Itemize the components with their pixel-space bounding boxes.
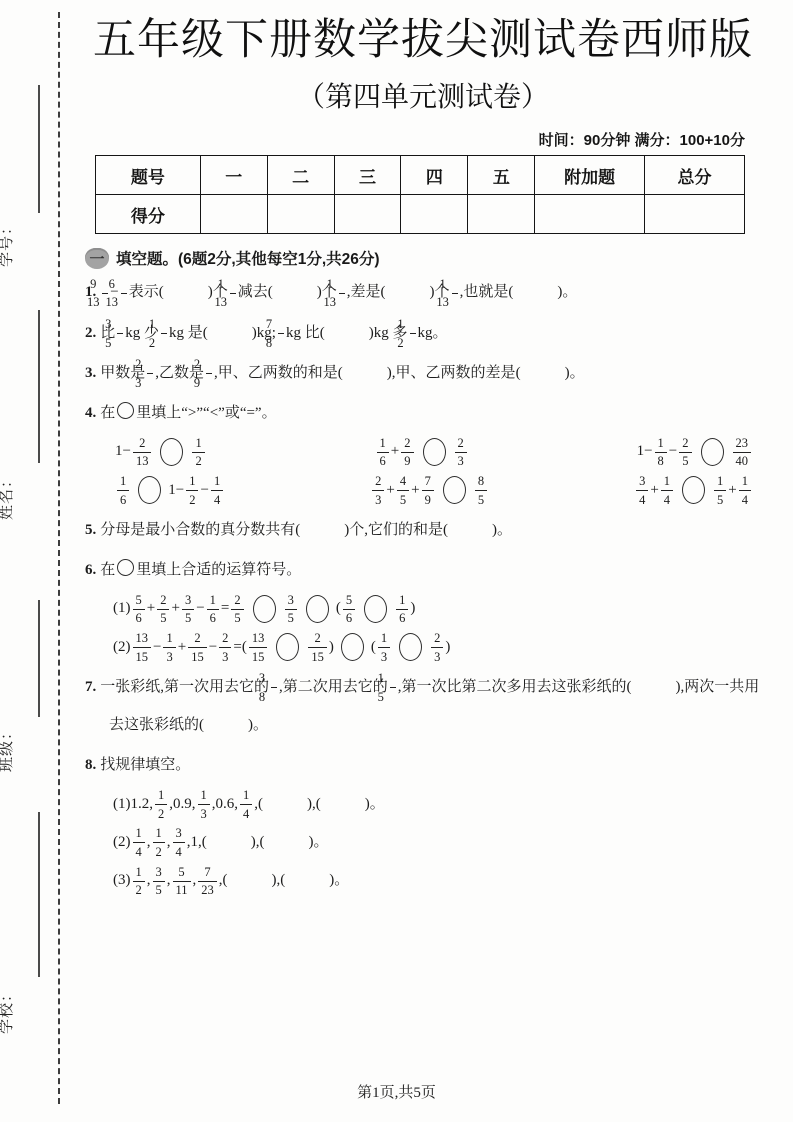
fraction-numerator: 1 — [655, 437, 667, 452]
fraction-numerator: 2 — [455, 437, 467, 452]
paper-subtitle: （第四单元测试卷） — [85, 75, 761, 115]
fraction-denominator: 3 — [163, 647, 175, 663]
blank-slot: () — [508, 284, 562, 300]
fraction-numerator: 13 — [133, 632, 152, 647]
fraction-numerator: 1 — [339, 278, 345, 293]
fraction-numerator: 1 — [378, 632, 390, 647]
fraction-denominator: 3 — [147, 373, 153, 389]
question-text: 3.甲数是23,乙数是29,甲、乙两数的和是(),甲、乙两数的差是()。 — [85, 354, 761, 392]
fraction: 29 — [401, 437, 413, 468]
score-empty-cell — [401, 195, 468, 234]
fraction-denominator: 15 — [249, 647, 268, 663]
fraction-denominator: 2 — [133, 881, 145, 897]
fraction: 1315 — [133, 632, 152, 663]
question: 3.甲数是23,乙数是29,甲、乙两数的和是(),甲、乙两数的差是()。 — [85, 354, 761, 392]
fraction-denominator: 15 — [308, 647, 327, 663]
blank-slot: () — [223, 872, 277, 888]
fraction-numerator: 1 — [396, 594, 408, 609]
page: { "page": { "title": "五年级下册数学拔尖测试卷西师版", … — [0, 0, 793, 1122]
score-empty-cell — [645, 195, 745, 234]
class-label: 班级： — [0, 724, 16, 772]
fraction: 14 — [240, 789, 252, 820]
fraction-denominator: 2 — [186, 490, 198, 506]
class-blank-line — [38, 600, 40, 717]
margin-divider-dashed-line — [58, 12, 60, 1104]
fraction-numerator: 1 — [230, 278, 236, 293]
blank-slot: () — [280, 872, 334, 888]
fraction: 25 — [231, 594, 243, 625]
fraction-denominator: 13 — [121, 293, 127, 309]
comparison-item: 23+45+7985 — [370, 471, 489, 509]
fraction: 14 — [661, 475, 673, 506]
fraction-numerator: 3 — [153, 866, 165, 881]
blank-slot: () — [199, 717, 253, 733]
fraction-denominator: 4 — [173, 842, 185, 858]
fraction-numerator: 3 — [636, 475, 648, 490]
score-empty-cell — [200, 195, 267, 234]
fraction-denominator: 5 — [390, 687, 396, 703]
fraction: 13 — [163, 632, 175, 663]
fraction-numerator: 1 — [192, 437, 204, 452]
fraction-numerator: 1 — [153, 827, 165, 842]
fraction-denominator: 6 — [117, 490, 129, 506]
fraction-numerator: 1 — [390, 672, 396, 687]
fraction-numerator: 1 — [186, 475, 198, 490]
comparison-item: 161−12−14 — [115, 471, 225, 509]
blank-slot: () — [381, 284, 435, 300]
fraction-numerator: 3 — [117, 318, 123, 333]
fraction: 14 — [739, 475, 751, 506]
comparison-circle — [160, 438, 183, 466]
fraction: 12 — [133, 866, 145, 897]
fraction-denominator: 2 — [192, 452, 204, 468]
fraction-numerator: 1 — [133, 827, 145, 842]
fraction: 14 — [133, 827, 145, 858]
fraction: 56 — [133, 594, 145, 625]
fraction-numerator: 2 — [679, 437, 691, 452]
question-text: 1.913−613表示()个113减去()个113,差是()个113,也就是()… — [85, 273, 761, 311]
fraction: 23 — [455, 437, 467, 468]
fraction: 18 — [655, 437, 667, 468]
fraction-denominator: 13 — [452, 293, 458, 309]
fraction-denominator: 6 — [396, 609, 408, 625]
fraction: 23 — [147, 358, 153, 389]
fraction-denominator: 8 — [271, 687, 277, 703]
fraction-denominator: 8 — [278, 333, 284, 349]
score-label-cell: 得分 — [96, 195, 201, 234]
fraction-denominator: 40 — [733, 452, 752, 468]
fraction-numerator: 1 — [207, 594, 219, 609]
fraction-numerator: 23 — [733, 437, 752, 452]
fraction-numerator: 1 — [240, 789, 252, 804]
fraction-denominator: 13 — [339, 293, 345, 309]
blank-slot: () — [320, 325, 374, 341]
fraction-denominator: 11 — [173, 881, 191, 897]
fraction: 78 — [278, 318, 284, 349]
fraction-denominator: 3 — [372, 490, 384, 506]
comparison-circle — [423, 438, 446, 466]
score-table-header-cell: 总分 — [645, 156, 745, 195]
fraction: 34 — [636, 475, 648, 506]
fraction-denominator: 9 — [422, 490, 434, 506]
fraction-numerator: 1 — [211, 475, 223, 490]
fraction-numerator: 2 — [157, 594, 169, 609]
fraction-numerator: 1 — [739, 475, 751, 490]
fraction-denominator: 5 — [157, 609, 169, 625]
fraction-numerator: 2 — [219, 632, 231, 647]
fraction-denominator: 6 — [207, 609, 219, 625]
fraction-numerator: 2 — [431, 632, 443, 647]
fraction-denominator: 2 — [153, 842, 165, 858]
question-number: 4. — [85, 405, 100, 421]
score-table-header-cell: 一 — [200, 156, 267, 195]
question-number: 3. — [85, 365, 100, 381]
score-table-header-row: 题号一二三四五附加题总分 — [96, 156, 745, 195]
fraction-numerator: 2 — [133, 437, 152, 452]
fraction-denominator: 5 — [182, 609, 194, 625]
fraction-denominator: 23 — [198, 881, 217, 897]
fraction: 723 — [198, 866, 217, 897]
fraction-denominator: 4 — [240, 804, 252, 820]
comparison-circle — [341, 633, 364, 661]
page-number-footer: 第1页,共5页 — [0, 1081, 793, 1102]
fraction: 23 — [372, 475, 384, 506]
fraction-denominator: 9 — [401, 452, 413, 468]
comparison-circle — [138, 476, 161, 504]
fraction: 12 — [186, 475, 198, 506]
fraction: 35 — [182, 594, 194, 625]
fraction-numerator: 5 — [343, 594, 355, 609]
fraction: 23 — [219, 632, 231, 663]
student-id-blank-line — [38, 85, 40, 213]
fraction: 85 — [475, 475, 487, 506]
score-empty-cell — [468, 195, 535, 234]
fraction-denominator: 5 — [153, 881, 165, 897]
question-comparison-row: 1−2131216+29231−18−252340 — [85, 432, 761, 470]
fraction: 12 — [153, 827, 165, 858]
fraction-denominator: 6 — [377, 452, 389, 468]
fraction-numerator: 3 — [271, 672, 277, 687]
question-subitem: (2)1315−13+215−23=(1315215)(1323) — [85, 628, 761, 666]
score-table-header-cell: 附加题 — [535, 156, 645, 195]
fraction-denominator: 5 — [714, 490, 726, 506]
fraction: 215 — [188, 632, 207, 663]
circle-symbol — [117, 402, 134, 419]
fraction: 12 — [161, 318, 167, 349]
questions-container: 1.913−613表示()个113减去()个113,差是()个113,也就是()… — [85, 273, 761, 899]
fraction-denominator: 4 — [211, 490, 223, 506]
school-label: 学校： — [0, 986, 16, 1034]
comparison-circle — [276, 633, 299, 661]
fraction-denominator: 13 — [230, 293, 236, 309]
score-table-header-cell: 五 — [468, 156, 535, 195]
blank-slot: () — [516, 365, 570, 381]
fraction: 12 — [192, 437, 204, 468]
question: 1.913−613表示()个113减去()个113,差是()个113,也就是()… — [85, 273, 761, 311]
fraction-numerator: 1 — [161, 318, 167, 333]
score-empty-cell — [334, 195, 401, 234]
comparison-circle — [364, 595, 387, 623]
fraction-denominator: 3 — [198, 804, 210, 820]
fraction-numerator: 1 — [133, 866, 145, 881]
name-blank-line — [38, 310, 40, 463]
fraction: 45 — [397, 475, 409, 506]
fraction-numerator: 2 — [372, 475, 384, 490]
fraction: 16 — [117, 475, 129, 506]
student-id-label: 学号： — [0, 219, 16, 267]
question-text: 6.在里填上合适的运算符号。 — [85, 551, 761, 589]
fraction-numerator: 1 — [163, 632, 175, 647]
section-number-badge: 一 — [85, 248, 109, 269]
score-table-header-cell: 三 — [334, 156, 401, 195]
fraction-numerator: 7 — [422, 475, 434, 490]
fraction: 14 — [211, 475, 223, 506]
score-table-header-cell: 题号 — [96, 156, 201, 195]
school-blank-line — [38, 812, 40, 977]
fraction: 215 — [308, 632, 327, 663]
fraction-numerator: 2 — [188, 632, 207, 647]
comparison-circle — [682, 476, 705, 504]
question-text: 2.比35kg 少12kg 是()kg;78kg 比()kg 多12kg。 — [85, 314, 761, 352]
fraction: 34 — [173, 827, 185, 858]
blank-slot: () — [627, 679, 681, 695]
question-subitem: (3)12,35,511,723,(),()。 — [85, 861, 761, 899]
score-table-score-row: 得分 — [96, 195, 745, 234]
blank-slot: () — [295, 522, 349, 538]
fraction-denominator: 2 — [155, 804, 167, 820]
fraction-numerator: 1 — [198, 789, 210, 804]
question-number: 7. — [85, 679, 100, 695]
fraction-denominator: 15 — [133, 647, 152, 663]
fraction-denominator: 5 — [117, 333, 123, 349]
fraction-numerator: 1 — [714, 475, 726, 490]
fraction-numerator: 3 — [182, 594, 194, 609]
fraction-denominator: 3 — [431, 647, 443, 663]
fraction-denominator: 5 — [231, 609, 243, 625]
blank-slot: () — [260, 834, 314, 850]
fraction-numerator: 7 — [278, 318, 284, 333]
fraction-denominator: 5 — [285, 609, 297, 625]
fraction-denominator: 4 — [133, 842, 145, 858]
blank-slot: () — [159, 284, 213, 300]
score-empty-cell — [267, 195, 334, 234]
comparison-item: 1−18−252340 — [637, 432, 753, 470]
comparison-circle — [306, 595, 329, 623]
comparison-item: 16+2923 — [375, 432, 469, 470]
fraction-denominator: 9 — [206, 373, 212, 389]
fraction-denominator: 5 — [397, 490, 409, 506]
question: 6.在里填上合适的运算符号。(1)56+25+35−16=2535(5616)(… — [85, 551, 761, 666]
question: 7.一张彩纸,第一次用去它的38,第二次用去它的15,第一次比第二次多用去这张彩… — [85, 668, 761, 745]
fraction: 113 — [230, 278, 236, 309]
paper-title: 五年级下册数学拔尖测试卷西师版 — [85, 16, 761, 65]
fraction: 16 — [396, 594, 408, 625]
fraction-numerator: 2 — [147, 358, 153, 373]
fraction-denominator: 5 — [679, 452, 691, 468]
fraction-numerator: 1 — [117, 475, 129, 490]
question-number: 6. — [85, 562, 100, 578]
fraction-numerator: 1 — [661, 475, 673, 490]
fraction-denominator: 4 — [661, 490, 673, 506]
fraction-denominator: 5 — [475, 490, 487, 506]
fraction-numerator: 4 — [397, 475, 409, 490]
comparison-circle — [253, 595, 276, 623]
circle-symbol — [117, 559, 134, 576]
blank-slot: () — [258, 796, 312, 812]
fraction-numerator: 6 — [121, 278, 127, 293]
fraction-denominator: 2 — [410, 333, 416, 349]
question-text: 4.在里填上“>”“<”或“=”。 — [85, 394, 761, 432]
question-subitem: (1)56+25+35−16=2535(5616) — [85, 589, 761, 627]
fraction-denominator: 13 — [133, 452, 152, 468]
fraction-numerator: 2 — [231, 594, 243, 609]
fraction-numerator: 13 — [249, 632, 268, 647]
time-score-info: 时间：90分钟 满分：100+10分 — [85, 129, 761, 150]
score-table-header-cell: 四 — [401, 156, 468, 195]
fraction: 511 — [173, 866, 191, 897]
comparison-circle — [399, 633, 422, 661]
fraction: 13 — [198, 789, 210, 820]
blank-slot: () — [268, 284, 322, 300]
fraction: 13 — [378, 632, 390, 663]
question-subitem: (1)1.2,12,0.9,13,0.6,14,(),()。 — [85, 785, 761, 823]
fraction: 213 — [133, 437, 152, 468]
fraction: 25 — [157, 594, 169, 625]
score-table-header-cell: 二 — [267, 156, 334, 195]
question-text: 8.找规律填空。 — [85, 746, 761, 784]
question-number: 2. — [85, 325, 100, 341]
fraction: 35 — [285, 594, 297, 625]
fraction-numerator: 5 — [133, 594, 145, 609]
fraction-denominator: 6 — [343, 609, 355, 625]
fraction-denominator: 15 — [188, 647, 207, 663]
question: 2.比35kg 少12kg 是()kg;78kg 比()kg 多12kg。 — [85, 314, 761, 352]
blank-slot: () — [443, 522, 497, 538]
fraction: 35 — [153, 866, 165, 897]
blank-slot: () — [203, 325, 257, 341]
paper-main-column: 五年级下册数学拔尖测试卷西师版 （第四单元测试卷） 时间：90分钟 满分：100… — [85, 16, 761, 901]
blank-slot: () — [316, 796, 370, 812]
fraction-numerator: 2 — [401, 437, 413, 452]
fraction-numerator: 7 — [198, 866, 217, 881]
score-empty-cell — [535, 195, 645, 234]
question-comparison-row: 161−12−1423+45+798534+1415+14 — [85, 471, 761, 509]
fraction: 15 — [714, 475, 726, 506]
question-text: 7.一张彩纸,第一次用去它的38,第二次用去它的15,第一次比第二次多用去这张彩… — [85, 668, 761, 745]
section-title: 填空题。 — [116, 247, 178, 269]
fraction: 79 — [422, 475, 434, 506]
fraction-numerator: 1 — [452, 278, 458, 293]
fraction-numerator: 5 — [173, 866, 191, 881]
fraction: 113 — [339, 278, 345, 309]
fraction-denominator: 3 — [378, 647, 390, 663]
fraction-numerator: 3 — [173, 827, 185, 842]
fraction-numerator: 9 — [102, 278, 108, 293]
fraction-denominator: 4 — [739, 490, 751, 506]
fraction-numerator: 3 — [285, 594, 297, 609]
section-header: 一 填空题。 (6题2分,其他每空1分,共26分) — [85, 247, 761, 269]
comparison-circle — [443, 476, 466, 504]
fraction-denominator: 6 — [133, 609, 145, 625]
comparison-circle — [701, 438, 724, 466]
fraction-denominator: 3 — [219, 647, 231, 663]
question: 4.在里填上“>”“<”或“=”。1−2131216+29231−18−2523… — [85, 394, 761, 509]
fraction-numerator: 2 — [206, 358, 212, 373]
question: 8.找规律填空。(1)1.2,12,0.9,13,0.6,14,(),()。(2… — [85, 746, 761, 899]
question-number: 8. — [85, 757, 100, 773]
blank-slot: () — [202, 834, 256, 850]
fraction-denominator: 4 — [636, 490, 648, 506]
fraction-denominator: 3 — [455, 452, 467, 468]
question: 5.分母是最小合数的真分数共有()个,它们的和是()。 — [85, 511, 761, 549]
score-table: 题号一二三四五附加题总分 得分 — [95, 155, 745, 234]
comparison-item: 1−21312 — [115, 432, 207, 470]
fraction: 16 — [377, 437, 389, 468]
fraction-numerator: 8 — [475, 475, 487, 490]
fraction-numerator: 1 — [155, 789, 167, 804]
name-label: 姓名： — [0, 472, 16, 520]
question-subitem: (2)14,12,34,1,(),()。 — [85, 823, 761, 861]
fraction: 16 — [207, 594, 219, 625]
question-text: 5.分母是最小合数的真分数共有()个,它们的和是()。 — [85, 511, 761, 549]
fraction-denominator: 8 — [655, 452, 667, 468]
fraction: 2340 — [733, 437, 752, 468]
blank-slot: () — [338, 365, 392, 381]
fraction: 113 — [452, 278, 458, 309]
fraction: 29 — [206, 358, 212, 389]
fraction-numerator: 2 — [308, 632, 327, 647]
fraction: 23 — [431, 632, 443, 663]
comparison-item: 34+1415+14 — [634, 471, 753, 509]
section-score-note: (6题2分,其他每空1分,共26分) — [178, 247, 380, 269]
fraction-denominator: 2 — [161, 333, 167, 349]
fraction: 1315 — [249, 632, 268, 663]
fraction: 56 — [343, 594, 355, 625]
fraction: 25 — [679, 437, 691, 468]
fraction: 12 — [155, 789, 167, 820]
fraction: 35 — [117, 318, 123, 349]
fraction-numerator: 1 — [410, 318, 416, 333]
question-number: 5. — [85, 522, 100, 538]
fraction: 12 — [410, 318, 416, 349]
fraction: 38 — [271, 672, 277, 703]
fraction: 15 — [390, 672, 396, 703]
fraction-numerator: 1 — [377, 437, 389, 452]
fraction: 613 — [121, 278, 127, 309]
